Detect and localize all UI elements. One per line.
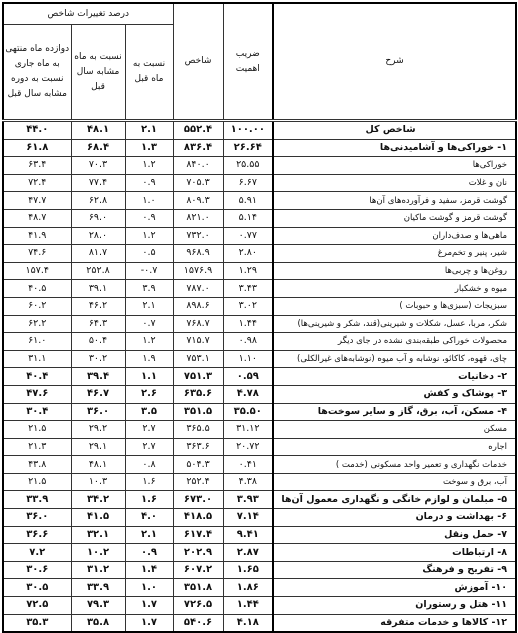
cell-yoy: ۲۵۲.۸ — [71, 262, 125, 280]
cell-weight: ۱.۸۶ — [223, 579, 273, 597]
cell-weight: ۱.۲۹ — [223, 262, 273, 280]
table-row: ۶۱.۰۵۰.۴۱.۲۷۱۵.۷۰.۹۸محصولات خوراکی طبقه‌… — [3, 333, 516, 351]
cell-index: ۵۵۲.۴ — [173, 121, 223, 140]
cell-twelve-month: ۷۲.۴ — [3, 174, 71, 192]
cell-yoy: ۳۴.۲ — [71, 491, 125, 509]
cell-mom: ۲.۶ — [125, 385, 173, 403]
cell-description: شکر، مربا، عسل، شکلات و شیرینی(قند، شکر … — [273, 315, 516, 333]
cell-weight: ۳.۹۳ — [223, 491, 273, 509]
cell-yoy: ۳۱.۲ — [71, 561, 125, 579]
cell-mom: ۰.۵ — [125, 245, 173, 263]
cell-twelve-month: ۶۱.۰ — [3, 333, 71, 351]
cell-mom: ۱.۰ — [125, 192, 173, 210]
cell-weight: ۲۵.۵۵ — [223, 157, 273, 175]
table-row: ۴۷.۶۴۶.۷۲.۶۶۳۵.۶۴.۷۸۳- پوشاک و کفش — [3, 385, 516, 403]
cell-description: چای، قهوه، کاکائو، نوشابه و آب میوه (نوش… — [273, 350, 516, 368]
cell-description: نان و غلات — [273, 174, 516, 192]
cell-yoy: ۲۸.۰ — [71, 227, 125, 245]
cell-yoy: ۶۴.۳ — [71, 315, 125, 333]
cell-yoy: ۴۶.۷ — [71, 385, 125, 403]
cell-twelve-month: ۴۰.۴ — [3, 368, 71, 386]
cell-mom: ۲.۷ — [125, 438, 173, 456]
cell-twelve-month: ۶۳.۴ — [3, 157, 71, 175]
cell-index: ۸۳۶.۴ — [173, 139, 223, 157]
cell-twelve-month: ۴۰.۵ — [3, 280, 71, 298]
table-row: ۳۱.۱۳۰.۲۱.۹۷۵۳.۱۱.۱۰چای، قهوه، کاکائو، ن… — [3, 350, 516, 368]
header-description: شرح — [273, 3, 516, 121]
table-row: ۲۱.۵۲۹.۲۲.۷۳۶۵.۵۳۱.۱۲مسکن — [3, 421, 516, 439]
cell-yoy: ۸۱.۷ — [71, 245, 125, 263]
cell-index: ۱۵۷۶.۹ — [173, 262, 223, 280]
cell-weight: ۱.۴۴ — [223, 315, 273, 333]
table-row: ۴۰.۵۳۹.۱۳.۹۷۸۷.۰۳.۴۳میوه و خشکبار — [3, 280, 516, 298]
cell-description: ۹- تفریح و فرهنگ — [273, 561, 516, 579]
cpi-table-container: درصد تغییرات شاخص شاخص ضریب اهمیت شرح دو… — [2, 2, 515, 597]
cell-weight: ۴.۷۸ — [223, 385, 273, 403]
table-row: ۳۶.۶۳۲.۱۲.۱۶۱۷.۴۹.۴۱۷- حمل ونقل — [3, 526, 516, 544]
header-weight: ضریب اهمیت — [223, 3, 273, 121]
cell-mom: ۰.۸ — [125, 456, 173, 474]
cell-index: ۳۵۱.۵ — [173, 403, 223, 421]
cell-yoy: ۴۶.۲ — [71, 297, 125, 315]
cell-yoy: ۶۲.۸ — [71, 192, 125, 210]
cell-mom: ۱.۶ — [125, 491, 173, 509]
cell-yoy: ۵۰.۴ — [71, 333, 125, 351]
cell-twelve-month: ۶۰.۲ — [3, 297, 71, 315]
cell-description: گوشت قرمز، سفید و فرآورده‌های آن‌ها — [273, 192, 516, 210]
cell-description: خدمات نگهداری و تعمیر واحد مسکونی (خدمت … — [273, 456, 516, 474]
cell-twelve-month: ۴۷.۷ — [3, 192, 71, 210]
cell-yoy: ۴۸.۱ — [71, 456, 125, 474]
cell-weight: ۱.۱۰ — [223, 350, 273, 368]
cell-twelve-month: ۴۴.۰ — [3, 121, 71, 140]
cell-mom: ۱.۹ — [125, 350, 173, 368]
cell-mom: ۳.۹ — [125, 280, 173, 298]
cell-index: ۸۲۱.۰ — [173, 209, 223, 227]
cell-description: ماهی‌ها و صدف‌داران — [273, 227, 516, 245]
cell-weight: ۱.۶۵ — [223, 561, 273, 579]
cell-yoy: ۶۹.۰ — [71, 209, 125, 227]
cell-mom: ۱.۶ — [125, 473, 173, 491]
cell-weight: ۲.۸۰ — [223, 245, 273, 263]
cell-yoy: ۷۷.۴ — [71, 174, 125, 192]
cell-twelve-month: ۳۰.۵ — [3, 579, 71, 597]
cell-description: مسکن — [273, 421, 516, 439]
cell-index: ۶۳۵.۶ — [173, 385, 223, 403]
header-mom: نسبت به ماه قبل — [125, 25, 173, 121]
cell-index: ۸۰۹.۳ — [173, 192, 223, 210]
cell-yoy: ۱۰.۳ — [71, 473, 125, 491]
cell-index: ۷۸۷.۰ — [173, 280, 223, 298]
cell-mom: ۴.۰ — [125, 509, 173, 527]
cell-index: ۲۰۲.۹ — [173, 544, 223, 562]
cell-description: ۸- ارتباطات — [273, 544, 516, 562]
table-row: ۳۳.۹۳۴.۲۱.۶۶۷۳.۰۳.۹۳۵- مبلمان و لوازم خا… — [3, 491, 516, 509]
cell-index: ۶۷۳.۰ — [173, 491, 223, 509]
cell-yoy: ۷۰.۳ — [71, 157, 125, 175]
cell-weight: ۹.۴۱ — [223, 526, 273, 544]
cell-weight: ۰.۵۹ — [223, 368, 273, 386]
header-twelve-month: دوازده ماه منتهی به ماه جاری نسبت به دور… — [3, 25, 71, 121]
cell-weight: ۰.۹۸ — [223, 333, 273, 351]
cell-yoy: ۲۹.۱ — [71, 438, 125, 456]
cell-mom: ۱.۲ — [125, 157, 173, 175]
cell-mom: ۲.۱ — [125, 297, 173, 315]
cell-mom: ۱.۳ — [125, 139, 173, 157]
cell-weight: ۵.۱۴ — [223, 209, 273, 227]
table-row: ۳۶.۰۴۱.۵۴.۰۴۱۸.۵۷.۱۴۶- بهداشت و درمان — [3, 509, 516, 527]
cell-index: ۶۰۷.۲ — [173, 561, 223, 579]
cell-mom: ۲.۱ — [125, 121, 173, 140]
cell-index: ۴۱۸.۵ — [173, 509, 223, 527]
cell-description: ۶- بهداشت و درمان — [273, 509, 516, 527]
table-row: ۲۱.۵۱۰.۳۱.۶۲۵۲.۴۴.۳۸آب، برق و سوخت — [3, 473, 516, 491]
cell-weight: ۲.۸۷ — [223, 544, 273, 562]
cell-twelve-month: ۴۸.۷ — [3, 209, 71, 227]
cell-yoy: ۲۹.۲ — [71, 421, 125, 439]
header-yoy: نسبت به ماه مشابه سال قبل — [71, 25, 125, 121]
cell-description: ۳- پوشاک و کفش — [273, 385, 516, 403]
cell-index: ۷۵۳.۱ — [173, 350, 223, 368]
table-row: ۴۷.۷۶۲.۸۱.۰۸۰۹.۳۵.۹۱گوشت قرمز، سفید و فر… — [3, 192, 516, 210]
table-row: ۴۰.۴۳۹.۴۱.۱۷۵۱.۳۰.۵۹۲- دخانیات — [3, 368, 516, 386]
cell-description: آب، برق و سوخت — [273, 473, 516, 491]
cell-index: ۸۹۸.۶ — [173, 297, 223, 315]
cell-twelve-month: ۳۶.۰ — [3, 509, 71, 527]
cell-index: ۷۳۲.۰ — [173, 227, 223, 245]
cell-yoy: ۳۹.۱ — [71, 280, 125, 298]
cell-weight: ۰.۷۷ — [223, 227, 273, 245]
cell-mom: ۱.۲ — [125, 227, 173, 245]
cell-description: ۱۰- آموزش — [273, 579, 516, 597]
cell-index: ۶۱۷.۴ — [173, 526, 223, 544]
table-row: ۷۲.۴۷۷.۴۰.۹۷۰۵.۳۶.۶۷نان و غلات — [3, 174, 516, 192]
cell-mom: ۰.۷ — [125, 315, 173, 333]
cpi-table: درصد تغییرات شاخص شاخص ضریب اهمیت شرح دو… — [2, 2, 517, 597]
cell-yoy: ۳۹.۴ — [71, 368, 125, 386]
table-row: ۳۰.۶۳۱.۲۱.۴۶۰۷.۲۱.۶۵۹- تفریح و فرهنگ — [3, 561, 516, 579]
cell-twelve-month: ۲۱.۵ — [3, 473, 71, 491]
table-row: ۴۸.۷۶۹.۰۰.۹۸۲۱.۰۵.۱۴گوشت قرمز و گوشت ماک… — [3, 209, 516, 227]
cell-description: ۱- خوراکی‌ها و آشامیدنی‌ها — [273, 139, 516, 157]
cell-twelve-month: ۴۱.۹ — [3, 227, 71, 245]
cell-index: ۲۵۲.۴ — [173, 473, 223, 491]
cell-mom: ۰.۹ — [125, 174, 173, 192]
cell-weight: ۳.۴۳ — [223, 280, 273, 298]
cell-twelve-month: ۱۵۷.۴ — [3, 262, 71, 280]
cell-index: ۳۶۳.۶ — [173, 438, 223, 456]
cell-yoy: ۳۰.۲ — [71, 350, 125, 368]
cell-mom: ۱.۱ — [125, 368, 173, 386]
cell-description: شیر، پنیر و تخم‌مرغ — [273, 245, 516, 263]
cell-weight: ۵.۹۱ — [223, 192, 273, 210]
cell-weight: ۴.۳۸ — [223, 473, 273, 491]
cell-twelve-month: ۷۴.۶ — [3, 245, 71, 263]
cell-mom: ۲.۷ — [125, 421, 173, 439]
cell-weight: ۳۵.۵۰ — [223, 403, 273, 421]
cell-mom: ۱.۲ — [125, 333, 173, 351]
cell-description: سبزیجات (سبزی‌ها و حبوبات ) — [273, 297, 516, 315]
table-row: ۶۲.۲۶۴.۳۰.۷۷۶۸.۷۱.۴۴شکر، مربا، عسل، شکلا… — [3, 315, 516, 333]
cell-weight: ۲۰.۷۲ — [223, 438, 273, 456]
cell-twelve-month: ۶۱.۸ — [3, 139, 71, 157]
cell-mom: -۰.۷ — [125, 262, 173, 280]
cell-description: ۷- حمل ونقل — [273, 526, 516, 544]
table-row: ۴۳.۸۴۸.۱۰.۸۵۰۴.۳۰.۴۱خدمات نگهداری و تعمی… — [3, 456, 516, 474]
cell-description: روغن‌ها و چربی‌ها — [273, 262, 516, 280]
cell-yoy: ۳۳.۹ — [71, 579, 125, 597]
cell-index: ۷۵۱.۳ — [173, 368, 223, 386]
header-index: شاخص — [173, 3, 223, 121]
cell-twelve-month: ۳۰.۴ — [3, 403, 71, 421]
cell-description: اجاره — [273, 438, 516, 456]
table-row: ۲۱.۳۲۹.۱۲.۷۳۶۳.۶۲۰.۷۲اجاره — [3, 438, 516, 456]
cell-description: خوراکی‌ها — [273, 157, 516, 175]
cell-yoy: ۴۱.۵ — [71, 509, 125, 527]
table-row: ۶۰.۲۴۶.۲۲.۱۸۹۸.۶۳.۰۲سبزیجات (سبزی‌ها و ح… — [3, 297, 516, 315]
table-row: ۷.۲۱۰.۲۰.۹۲۰۲.۹۲.۸۷۸- ارتباطات — [3, 544, 516, 562]
cell-mom: ۰.۹ — [125, 544, 173, 562]
cell-twelve-month: ۴۷.۶ — [3, 385, 71, 403]
table-row: ۴۴.۰۴۸.۱۲.۱۵۵۲.۴۱۰۰.۰۰شاخص کل — [3, 121, 516, 140]
cell-weight: ۲۶.۶۴ — [223, 139, 273, 157]
cell-description: ۴- مسکن، آب، برق، گاز و سایر سوخت‌ها — [273, 403, 516, 421]
cell-mom: ۳.۵ — [125, 403, 173, 421]
cell-twelve-month: ۲۱.۵ — [3, 421, 71, 439]
cell-index: ۷۰۵.۳ — [173, 174, 223, 192]
cell-yoy: ۶۸.۴ — [71, 139, 125, 157]
cell-description: شاخص کل — [273, 121, 516, 140]
cell-yoy: ۱۰.۲ — [71, 544, 125, 562]
table-body: ۴۴.۰۴۸.۱۲.۱۵۵۲.۴۱۰۰.۰۰شاخص کل۶۱.۸۶۸.۴۱.۳… — [3, 121, 516, 598]
table-row: ۶۳.۴۷۰.۳۱.۲۸۴۰.۰۲۵.۵۵خوراکی‌ها — [3, 157, 516, 175]
cell-index: ۳۵۱.۸ — [173, 579, 223, 597]
cell-twelve-month: ۳۶.۶ — [3, 526, 71, 544]
cell-mom: ۱.۰ — [125, 579, 173, 597]
cell-index: ۷۱۵.۷ — [173, 333, 223, 351]
table-row: ۱۵۷.۴۲۵۲.۸-۰.۷۱۵۷۶.۹۱.۲۹روغن‌ها و چربی‌ه… — [3, 262, 516, 280]
cell-twelve-month: ۶۲.۲ — [3, 315, 71, 333]
cell-yoy: ۳۶.۰ — [71, 403, 125, 421]
table-row: ۴۱.۹۲۸.۰۱.۲۷۳۲.۰۰.۷۷ماهی‌ها و صدف‌داران — [3, 227, 516, 245]
cell-weight: ۳.۰۲ — [223, 297, 273, 315]
cell-weight: ۱۰۰.۰۰ — [223, 121, 273, 140]
cell-yoy: ۴۸.۱ — [71, 121, 125, 140]
cell-index: ۹۶۸.۹ — [173, 245, 223, 263]
cell-description: میوه و خشکبار — [273, 280, 516, 298]
cell-index: ۸۴۰.۰ — [173, 157, 223, 175]
cell-index: ۷۶۸.۷ — [173, 315, 223, 333]
cell-description: ۲- دخانیات — [273, 368, 516, 386]
table-row: ۳۰.۴۳۶.۰۳.۵۳۵۱.۵۳۵.۵۰۴- مسکن، آب، برق، گ… — [3, 403, 516, 421]
cell-description: ۵- مبلمان و لوازم خانگی و نگهداری معمول … — [273, 491, 516, 509]
cell-description: گوشت قرمز و گوشت ماکیان — [273, 209, 516, 227]
cell-index: ۵۰۴.۳ — [173, 456, 223, 474]
cell-index: ۳۶۵.۵ — [173, 421, 223, 439]
cell-twelve-month: ۴۳.۸ — [3, 456, 71, 474]
cell-weight: ۰.۴۱ — [223, 456, 273, 474]
cell-twelve-month: ۳۱.۱ — [3, 350, 71, 368]
cell-twelve-month: ۷.۲ — [3, 544, 71, 562]
cell-twelve-month: ۲۱.۳ — [3, 438, 71, 456]
cell-yoy: ۳۲.۱ — [71, 526, 125, 544]
table-row: ۶۱.۸۶۸.۴۱.۳۸۳۶.۴۲۶.۶۴۱- خوراکی‌ها و آشام… — [3, 139, 516, 157]
cell-weight: ۷.۱۴ — [223, 509, 273, 527]
cell-description: محصولات خوراکی طبقه‌بندی نشده در جای دیگ… — [273, 333, 516, 351]
table-row: ۷۴.۶۸۱.۷۰.۵۹۶۸.۹۲.۸۰شیر، پنیر و تخم‌مرغ — [3, 245, 516, 263]
cell-mom: ۱.۴ — [125, 561, 173, 579]
cell-twelve-month: ۳۳.۹ — [3, 491, 71, 509]
cell-mom: ۰.۹ — [125, 209, 173, 227]
cell-weight: ۳۱.۱۲ — [223, 421, 273, 439]
cell-mom: ۲.۱ — [125, 526, 173, 544]
table-row: ۳۰.۵۳۳.۹۱.۰۳۵۱.۸۱.۸۶۱۰- آموزش — [3, 579, 516, 597]
cell-weight: ۶.۶۷ — [223, 174, 273, 192]
header-change-percent-group: درصد تغییرات شاخص — [3, 3, 173, 25]
cell-twelve-month: ۳۰.۶ — [3, 561, 71, 579]
